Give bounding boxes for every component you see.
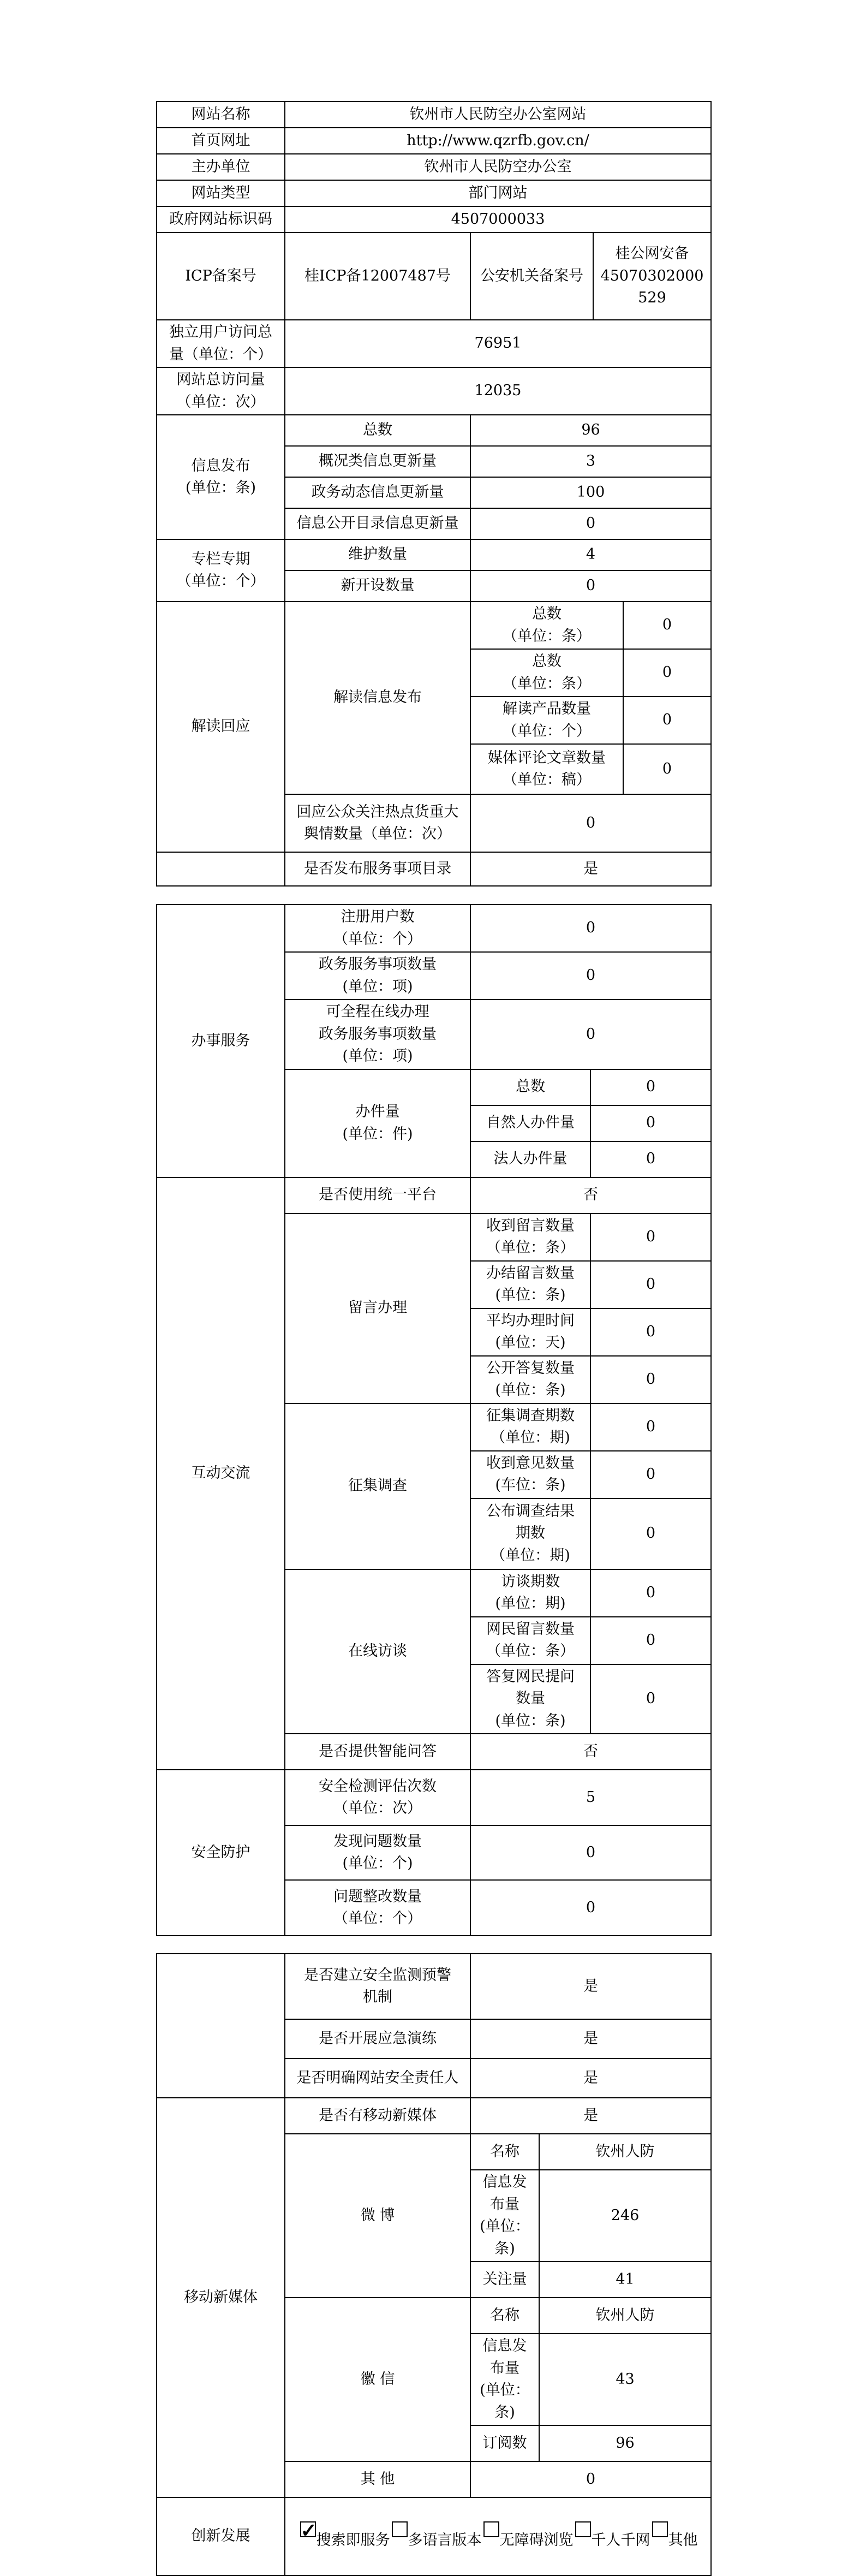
table-row: 安全防护 安全检测评估次数 （单位：次） 5	[157, 1770, 711, 1825]
service-catalog-value: 是	[470, 852, 711, 886]
checked-checkbox-icon	[300, 2521, 316, 2537]
unified-platform-label: 是否使用统一平台	[285, 1177, 470, 1213]
service-interact-security-table: 办事服务 注册用户数 （单位：个） 0 政务服务事项数量 (单位：项) 0 可全…	[156, 904, 712, 1936]
security-row-value: 0	[470, 1825, 711, 1880]
survey-row-label: 收到意见数量 (车位：条)	[470, 1451, 590, 1498]
innovation-option-label: 其他	[668, 2532, 698, 2549]
weibo-group-label: 微 博	[285, 2134, 470, 2298]
unchecked-checkbox-icon	[575, 2521, 591, 2537]
weibo-row-value: 钦州人防	[539, 2134, 711, 2170]
sponsor-label: 主办单位	[157, 154, 285, 180]
survey-row-label: 公布调查结果 期数 （单位：期)	[470, 1498, 590, 1569]
security-row-label: 发现问题数量 (单位：个)	[285, 1825, 470, 1880]
survey-row-label: 征集调查期数 （单位：期)	[470, 1403, 590, 1451]
security-group-label: 安全防护	[157, 1770, 285, 1936]
innovation-group-label: 创新发展	[157, 2497, 285, 2575]
security-extra-row-value: 是	[470, 1954, 711, 2019]
weibo-row-label: 信息发 布量 (单位： 条)	[470, 2170, 539, 2262]
wechat-group-label: 徽 信	[285, 2298, 470, 2461]
sponsor-value: 钦州市人民防空办公室	[285, 154, 711, 180]
hot-response-value: 0	[470, 794, 711, 852]
site-code-value: 4507000033	[285, 206, 711, 233]
interview-row-label: 访谈期数 (单位：期)	[470, 1569, 590, 1617]
wechat-row-label: 信息发 布量 (单位： 条)	[470, 2334, 539, 2425]
messages-row-label: 公开答复数量 (单位：条)	[470, 1356, 590, 1403]
wechat-row-label: 订阅数	[470, 2425, 539, 2461]
info-pub-row-label: 总数	[285, 415, 470, 446]
site-code-label: 政府网站标识码	[157, 206, 285, 233]
survey-row-value: 0	[590, 1451, 711, 1498]
security-extra-row-label: 是否开展应急演练	[285, 2019, 470, 2059]
interpret-row-label: 总数 （单位：条）	[470, 649, 623, 697]
interview-row-value: 0	[590, 1569, 711, 1617]
service-row-label: 政务服务事项数量 (单位：项)	[285, 952, 470, 1000]
service-row-label: 注册用户数 （单位：个）	[285, 905, 470, 952]
table-row: 专栏专期 （单位：个） 维护数量 4	[157, 539, 711, 570]
table-row: 办事服务 注册用户数 （单位：个） 0	[157, 905, 711, 952]
wechat-row-value: 96	[539, 2425, 711, 2461]
service-row-value: 0	[470, 952, 711, 1000]
smart-qa-label: 是否提供智能问答	[285, 1734, 470, 1770]
security-extra-row-label: 是否明确网站安全责任人	[285, 2059, 470, 2098]
media-group-label: 移动新媒体	[157, 2098, 285, 2497]
messages-row-label: 收到留言数量 （单位：条）	[470, 1213, 590, 1261]
site-type-label: 网站类型	[157, 180, 285, 206]
interpret-group-label: 解读回应	[157, 602, 285, 852]
columns-group-label: 专栏专期 （单位：个）	[157, 539, 285, 602]
smart-qa-value: 否	[470, 1734, 711, 1770]
security-row-value: 0	[470, 1880, 711, 1936]
table-row: 政府网站标识码 4507000033	[157, 206, 711, 233]
table-row: 移动新媒体 是否有移动新媒体 是	[157, 2098, 711, 2134]
wechat-row-value: 钦州人防	[539, 2298, 711, 2334]
interview-row-label: 网民留言数量 （单位：条）	[470, 1617, 590, 1664]
table-row: ICP备案号 桂ICP备12007487号 公安机关备案号 桂公网安备 4507…	[157, 233, 711, 320]
banjian-row-label: 法人办件量	[470, 1141, 590, 1177]
interview-group-label: 在线访谈	[285, 1569, 470, 1734]
info-pub-group-label: 信息发布 (单位：条)	[157, 415, 285, 539]
survey-row-value: 0	[590, 1498, 711, 1569]
table-row: 独立用户访问总 量（单位：个） 76951	[157, 320, 711, 367]
empty-cell	[157, 1954, 285, 2098]
total-visits-value: 12035	[285, 367, 711, 415]
security-row-label: 安全检测评估次数 （单位：次）	[285, 1770, 470, 1825]
site-type-value: 部门网站	[285, 180, 711, 206]
table-row: 首页网址 http://www.qzrfb.gov.cn/	[157, 128, 711, 154]
innovation-option-label: 搜索即服务	[316, 2532, 390, 2549]
info-pub-row-value: 3	[470, 446, 711, 477]
info-pub-row-label: 政务动态信息更新量	[285, 477, 470, 508]
interpret-row-value: 0	[623, 649, 711, 697]
wechat-row-value: 43	[539, 2334, 711, 2425]
site-name-value: 钦州市人民防空办公室网站	[285, 102, 711, 128]
security-extra-row-value: 是	[470, 2059, 711, 2098]
empty-cell	[157, 852, 285, 886]
unique-visitors-label: 独立用户访问总 量（单位：个）	[157, 320, 285, 367]
police-record-label: 公安机关备案号	[470, 233, 593, 320]
unchecked-checkbox-icon	[652, 2521, 668, 2537]
survey-group-label: 征集调查	[285, 1403, 470, 1569]
banjian-group-label: 办件量 (单位：件)	[285, 1069, 470, 1177]
table-row: 互动交流 是否使用统一平台 否	[157, 1177, 711, 1213]
banjian-row-value: 0	[590, 1105, 711, 1141]
innovation-option-label: 无障碍浏览	[500, 2532, 574, 2549]
weibo-row-label: 名称	[470, 2134, 539, 2170]
banjian-row-label: 总数	[470, 1069, 590, 1105]
home-url-value: http://www.qzrfb.gov.cn/	[285, 128, 711, 154]
interpret-row-value: 0	[623, 602, 711, 649]
interpret-row-label: 解读产品数量 （单位：个）	[470, 697, 623, 744]
media-innovation-table: 是否建立安全监测预警 机制 是 是否开展应急演练 是 是否明确网站安全责任人 是…	[156, 1953, 712, 2576]
unchecked-checkbox-icon	[483, 2521, 499, 2537]
wechat-row-label: 名称	[470, 2298, 539, 2334]
service-row-label: 可全程在线办理 政务服务事项数量 (单位：项)	[285, 1000, 470, 1069]
interpret-subgroup-label: 解读信息发布	[285, 602, 470, 794]
icp-value: 桂ICP备12007487号	[285, 233, 470, 320]
table-row: 创新发展 搜索即服务多语言版本无障碍浏览千人千网其他	[157, 2497, 711, 2575]
interpret-row-value: 0	[623, 697, 711, 744]
interview-row-value: 0	[590, 1617, 711, 1664]
banjian-row-value: 0	[590, 1141, 711, 1177]
info-pub-row-label: 概况类信息更新量	[285, 446, 470, 477]
security-extra-row-value: 是	[470, 2019, 711, 2059]
info-pub-row-value: 100	[470, 477, 711, 508]
messages-row-value: 0	[590, 1356, 711, 1403]
interpret-row-value: 0	[623, 744, 711, 794]
weibo-row-label: 关注量	[470, 2262, 539, 2298]
table-row: 网站名称 钦州市人民防空办公室网站	[157, 102, 711, 128]
columns-row-label: 新开设数量	[285, 570, 470, 602]
security-extra-row-label: 是否建立安全监测预警 机制	[285, 1954, 470, 2019]
interact-group-label: 互动交流	[157, 1177, 285, 1770]
other-media-value: 0	[470, 2461, 711, 2497]
basic-info-table: 网站名称 钦州市人民防空办公室网站 首页网址 http://www.qzrfb.…	[156, 101, 712, 887]
interview-row-label: 答复网民提问 数量 (单位：条)	[470, 1664, 590, 1734]
security-row-label: 问题整改数量 （单位：个）	[285, 1880, 470, 1936]
info-pub-row-value: 0	[470, 508, 711, 539]
weibo-row-value: 41	[539, 2262, 711, 2298]
home-url-label: 首页网址	[157, 128, 285, 154]
report-page: 网站名称 钦州市人民防空办公室网站 首页网址 http://www.qzrfb.…	[0, 0, 866, 2531]
icp-label: ICP备案号	[157, 233, 285, 320]
has-media-label: 是否有移动新媒体	[285, 2098, 470, 2134]
table-row: 是否建立安全监测预警 机制 是	[157, 1954, 711, 2019]
messages-row-label: 办结留言数量 (单位：条)	[470, 1261, 590, 1308]
other-media-label: 其 他	[285, 2461, 470, 2497]
service-group-label: 办事服务	[157, 905, 285, 1177]
service-catalog-label: 是否发布服务事项目录	[285, 852, 470, 886]
banjian-row-value: 0	[590, 1069, 711, 1105]
messages-row-value: 0	[590, 1261, 711, 1308]
service-row-value: 0	[470, 1000, 711, 1069]
innovation-option-label: 千人千网	[592, 2532, 650, 2549]
police-record-value: 桂公网安备 45070302000529	[593, 233, 711, 320]
has-media-value: 是	[470, 2098, 711, 2134]
innovation-cell: 搜索即服务多语言版本无障碍浏览千人千网其他	[285, 2497, 711, 2575]
unique-visitors-value: 76951	[285, 320, 711, 367]
interview-row-value: 0	[590, 1664, 711, 1734]
security-row-value: 5	[470, 1770, 711, 1825]
columns-row-value: 0	[470, 570, 711, 602]
messages-row-value: 0	[590, 1308, 711, 1356]
weibo-row-value: 246	[539, 2170, 711, 2262]
total-visits-label: 网站总访问量 （单位：次）	[157, 367, 285, 415]
survey-row-value: 0	[590, 1403, 711, 1451]
interpret-row-label: 总数 （单位：条）	[470, 602, 623, 649]
innovation-option-label: 多语言版本	[408, 2532, 482, 2549]
table-row: 是否发布服务事项目录 是	[157, 852, 711, 886]
hot-response-label: 回应公众关注热点货重大 舆情数量（单位：次）	[285, 794, 470, 852]
messages-row-label: 平均办理时间 (单位：天)	[470, 1308, 590, 1356]
unified-platform-value: 否	[470, 1177, 711, 1213]
messages-row-value: 0	[590, 1213, 711, 1261]
table-row: 网站总访问量 （单位：次） 12035	[157, 367, 711, 415]
service-row-value: 0	[470, 905, 711, 952]
innovation-options: 搜索即服务多语言版本无障碍浏览千人千网其他	[289, 2521, 707, 2552]
table-row: 信息发布 (单位：条) 总数 96	[157, 415, 711, 446]
columns-row-value: 4	[470, 539, 711, 570]
unchecked-checkbox-icon	[392, 2521, 408, 2537]
interpret-row-label: 媒体评论文章数量 （单位：稿）	[470, 744, 623, 794]
info-pub-row-label: 信息公开目录信息更新量	[285, 508, 470, 539]
table-row: 解读回应 解读信息发布 总数 （单位：条） 0	[157, 602, 711, 649]
messages-group-label: 留言办理	[285, 1213, 470, 1403]
table-row: 网站类型 部门网站	[157, 180, 711, 206]
banjian-row-label: 自然人办件量	[470, 1105, 590, 1141]
columns-row-label: 维护数量	[285, 539, 470, 570]
table-row: 主办单位 钦州市人民防空办公室	[157, 154, 711, 180]
site-name-label: 网站名称	[157, 102, 285, 128]
info-pub-row-value: 96	[470, 415, 711, 446]
